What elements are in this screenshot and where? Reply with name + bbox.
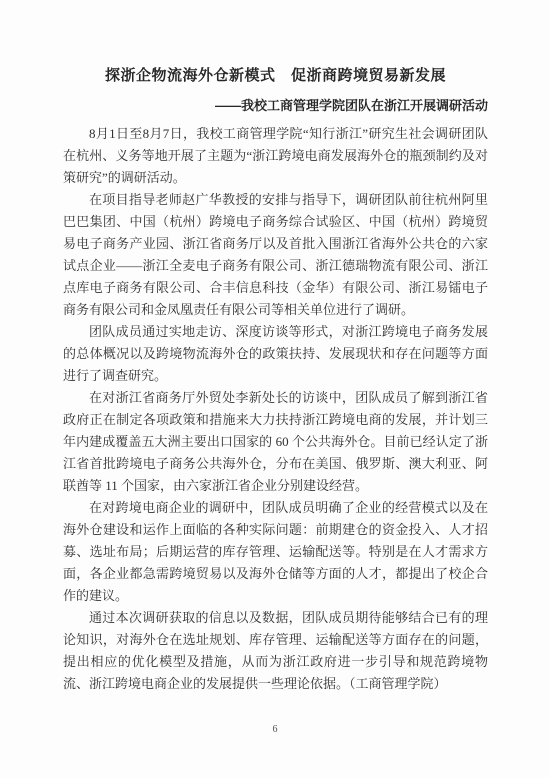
document-title: 探浙企物流海外仓新模式 促浙商跨境贸易新发展 (63, 66, 488, 86)
paragraph: 在对浙江省商务厅外贸处李新处长的访谈中，团队成员了解到浙江省政府正在制定各项政策… (63, 387, 488, 497)
paragraph: 团队成员通过实地走访、深度访谈等形式，对浙江跨境电子商务发展的总体概况以及跨境物… (63, 321, 488, 387)
document-subtitle: ——我校工商管理学院团队在浙江开展调研活动 (63, 97, 488, 114)
document-page: 探浙企物流海外仓新模式 促浙商跨境贸易新发展 ——我校工商管理学院团队在浙江开展… (0, 0, 550, 778)
paragraph: 8月1日至8月7日，我校工商管理学院“知行浙江”研究生社会调研团队在杭州、义务等… (63, 123, 488, 189)
document-content: 探浙企物流海外仓新模式 促浙商跨境贸易新发展 ——我校工商管理学院团队在浙江开展… (63, 66, 488, 695)
paragraph: 通过本次调研获取的信息以及数据，团队成员期待能够结合已有的理论知识，对海外仓在选… (63, 607, 488, 695)
paragraph: 在对跨境电商企业的调研中，团队成员明确了企业的经营模式以及在海外仓建设和运作上面… (63, 497, 488, 607)
page-number: 6 (0, 724, 550, 735)
paragraph: 在项目指导老师赵广华教授的安排与指导下，调研团队前往杭州阿里巴巴集团、中国（杭州… (63, 189, 488, 321)
